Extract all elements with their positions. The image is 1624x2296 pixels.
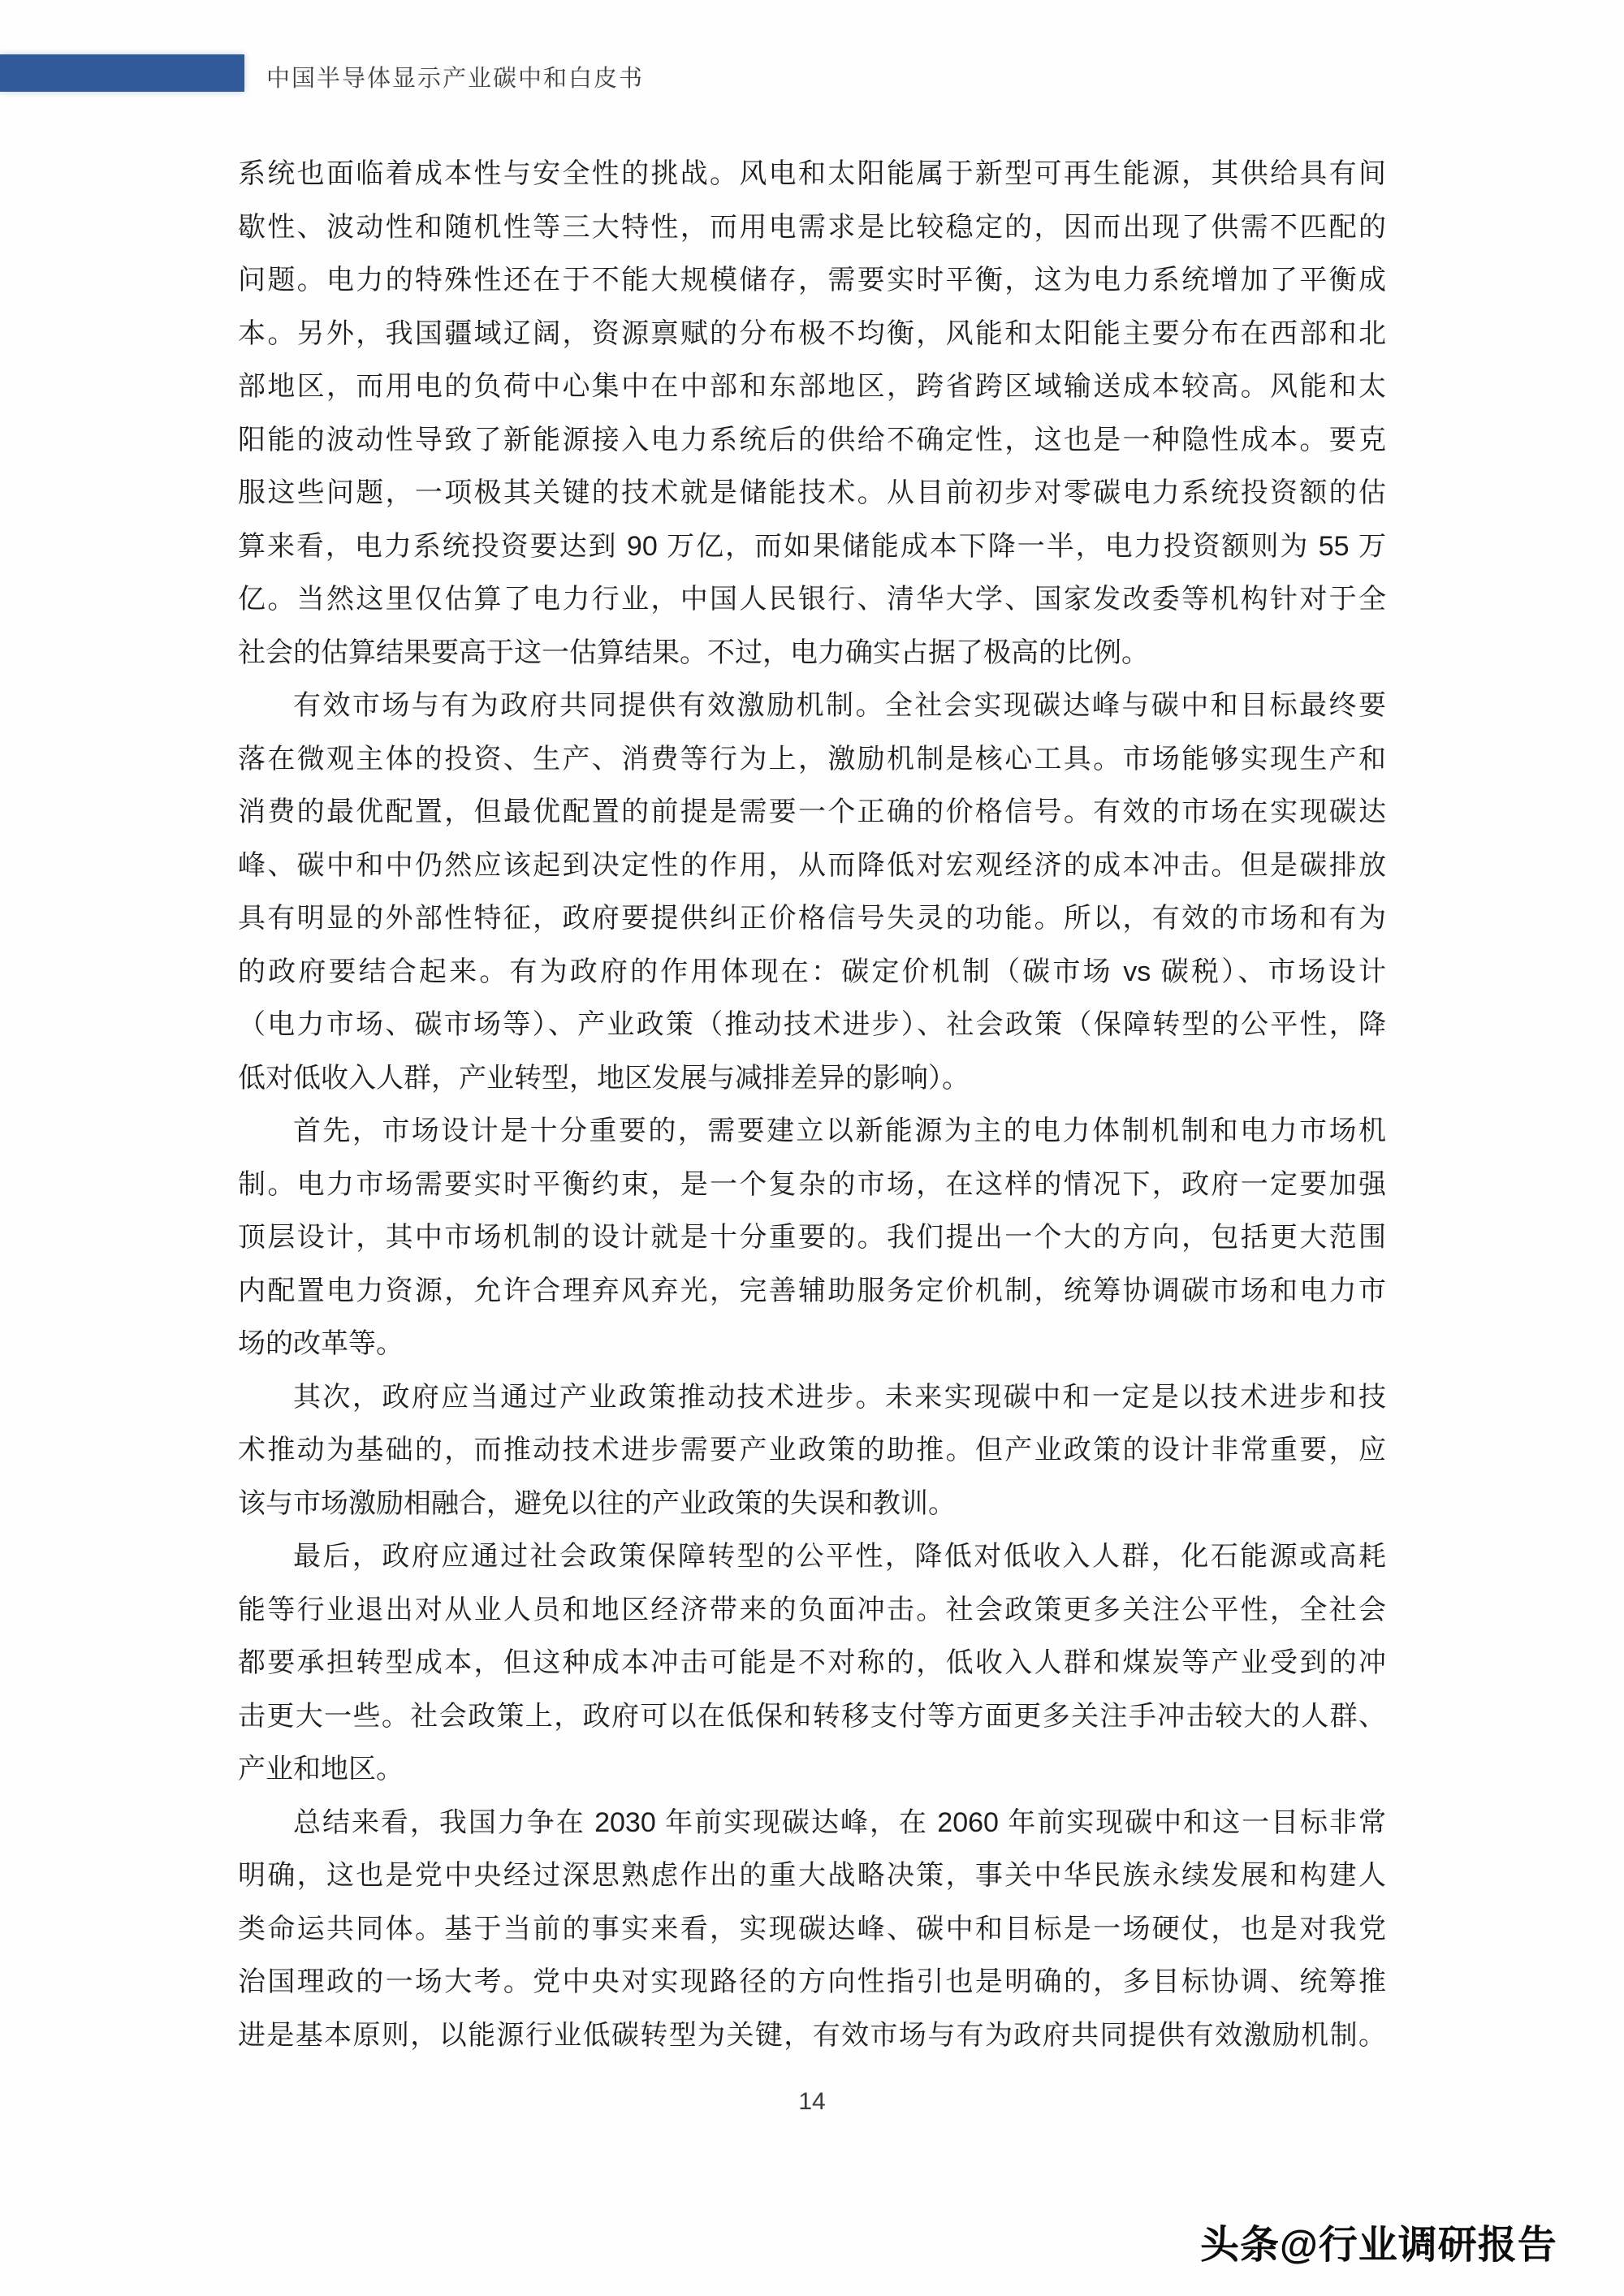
body-line: 峰、碳中和中仍然应该起到决定性的作用，从而降低对宏观经济的成本冲击。但是碳排放 <box>238 839 1386 893</box>
body-line: 总结来看，我国力争在 2030 年前实现碳达峰，在 2060 年前实现碳中和这一… <box>238 1797 1386 1850</box>
body-line: 亿。当然这里仅估算了电力行业，中国人民银行、清华大学、国家发改委等机构针对于全 <box>238 573 1386 627</box>
body-line: 最后，政府应通过社会政策保障转型的公平性，降低对低收入人群，化石能源或高耗 <box>238 1530 1386 1584</box>
paragraph: 有效市场与有为政府共同提供有效激励机制。全社会实现碳达峰与碳中和目标最终要落在微… <box>238 680 1386 1105</box>
body-line: 服这些问题，一项极其关键的技术就是储能技术。从目前初步对零碳电力系统投资额的估 <box>238 467 1386 520</box>
body-line: 该与市场激励相融合，避免以往的产业政策的失误和教训。 <box>238 1478 1386 1531</box>
body-line: 治国理政的一场大考。党中央对实现路径的方向性指引也是明确的，多目标协调、统筹推 <box>238 1956 1386 2009</box>
body-line: 顶层设计，其中市场机制的设计就是十分重要的。我们提出一个大的方向，包括更大范围 <box>238 1211 1386 1265</box>
body-line: 类命运共同体。基于当前的事实来看，实现碳达峰、碳中和目标是一场硬仗，也是对我党 <box>238 1903 1386 1957</box>
body-line: 都要承担转型成本，但这种成本冲击可能是不对称的，低收入人群和煤炭等产业受到的冲 <box>238 1637 1386 1690</box>
body-line: 问题。电力的特殊性还在于不能大规模储存，需要实时平衡，这为电力系统增加了平衡成 <box>238 254 1386 308</box>
paragraph: 其次，政府应当通过产业政策推动技术进步。未来实现碳中和一定是以技术进步和技术推动… <box>238 1371 1386 1531</box>
body-line: 明确，这也是党中央经过深思熟虑作出的重大战略决策，事关中华民族永续发展和构建人 <box>238 1849 1386 1903</box>
body-line: （电力市场、碳市场等）、产业政策（推动技术进步）、社会政策（保障转型的公平性，降 <box>238 999 1386 1052</box>
body-line: 首先，市场设计是十分重要的，需要建立以新能源为主的电力体制机制和电力市场机 <box>238 1105 1386 1159</box>
document-body: 系统也面临着成本性与安全性的挑战。风电和太阳能属于新型可再生能源，其供给具有间歇… <box>238 148 1386 2062</box>
body-line: 其次，政府应当通过产业政策推动技术进步。未来实现碳中和一定是以技术进步和技 <box>238 1371 1386 1425</box>
page-number: 14 <box>238 2088 1386 2116</box>
paragraph: 最后，政府应通过社会政策保障转型的公平性，降低对低收入人群，化石能源或高耗能等行… <box>238 1530 1386 1797</box>
paragraph: 总结来看，我国力争在 2030 年前实现碳达峰，在 2060 年前实现碳中和这一… <box>238 1797 1386 2063</box>
body-line: 制。电力市场需要实时平衡约束，是一个复杂的市场，在这样的情况下，政府一定要加强 <box>238 1159 1386 1212</box>
body-line: 有效市场与有为政府共同提供有效激励机制。全社会实现碳达峰与碳中和目标最终要 <box>238 680 1386 733</box>
body-line: 歇性、波动性和随机性等三大特性，而用电需求是比较稳定的，因而出现了供需不匹配的 <box>238 201 1386 255</box>
document-page: 中国半导体显示产业碳中和白皮书 系统也面临着成本性与安全性的挑战。风电和太阳能属… <box>0 0 1624 2296</box>
body-line: 系统也面临着成本性与安全性的挑战。风电和太阳能属于新型可再生能源，其供给具有间 <box>238 148 1386 201</box>
body-line: 部地区，而用电的负荷中心集中在中部和东部地区，跨省跨区域输送成本较高。风能和太 <box>238 360 1386 414</box>
document-header-title: 中国半导体显示产业碳中和白皮书 <box>266 60 644 93</box>
body-line: 击更大一些。社会政策上，政府可以在低保和转移支付等方面更多关注手冲击较大的人群、 <box>238 1690 1386 1744</box>
paragraph: 首先，市场设计是十分重要的，需要建立以新能源为主的电力体制机制和电力市场机制。电… <box>238 1105 1386 1371</box>
paragraph: 系统也面临着成本性与安全性的挑战。风电和太阳能属于新型可再生能源，其供给具有间歇… <box>238 148 1386 680</box>
body-line: 社会的估算结果要高于这一估算结果。不过，电力确实占据了极高的比例。 <box>238 627 1386 680</box>
body-line: 术推动为基础的，而推动技术进步需要产业政策的助推。但产业政策的设计非常重要，应 <box>238 1424 1386 1478</box>
body-line: 能等行业退出对从业人员和地区经济带来的负面冲击。社会政策更多关注公平性，全社会 <box>238 1584 1386 1638</box>
body-line: 阳能的波动性导致了新能源接入电力系统后的供给不确定性，这也是一种隐性成本。要克 <box>238 414 1386 468</box>
body-line: 消费的最优配置，但最优配置的前提是需要一个正确的价格信号。有效的市场在实现碳达 <box>238 786 1386 839</box>
body-line: 本。另外，我国疆域辽阔，资源禀赋的分布极不均衡，风能和太阳能主要分布在西部和北 <box>238 308 1386 361</box>
watermark-text: 头条@行业调研报告 <box>1200 2213 1557 2269</box>
body-line: 场的改革等。 <box>238 1318 1386 1371</box>
body-line: 具有明显的外部性特征，政府要提供纠正价格信号失灵的功能。所以，有效的市场和有为 <box>238 892 1386 946</box>
body-line: 进是基本原则，以能源行业低碳转型为关键，有效市场与有为政府共同提供有效激励机制。 <box>238 2009 1386 2063</box>
body-line: 产业和地区。 <box>238 1743 1386 1797</box>
header-accent-bar <box>0 54 244 92</box>
body-line: 落在微观主体的投资、生产、消费等行为上，激励机制是核心工具。市场能够实现生产和 <box>238 733 1386 787</box>
body-line: 内配置电力资源，允许合理弃风弃光，完善辅助服务定价机制，统筹协调碳市场和电力市 <box>238 1265 1386 1318</box>
body-line: 的政府要结合起来。有为政府的作用体现在：碳定价机制（碳市场 vs 碳税）、市场设… <box>238 946 1386 999</box>
body-line: 算来看，电力系统投资要达到 90 万亿，而如果储能成本下降一半，电力投资额则为 … <box>238 520 1386 574</box>
body-line: 低对低收入人群，产业转型，地区发展与减排差异的影响）。 <box>238 1052 1386 1106</box>
